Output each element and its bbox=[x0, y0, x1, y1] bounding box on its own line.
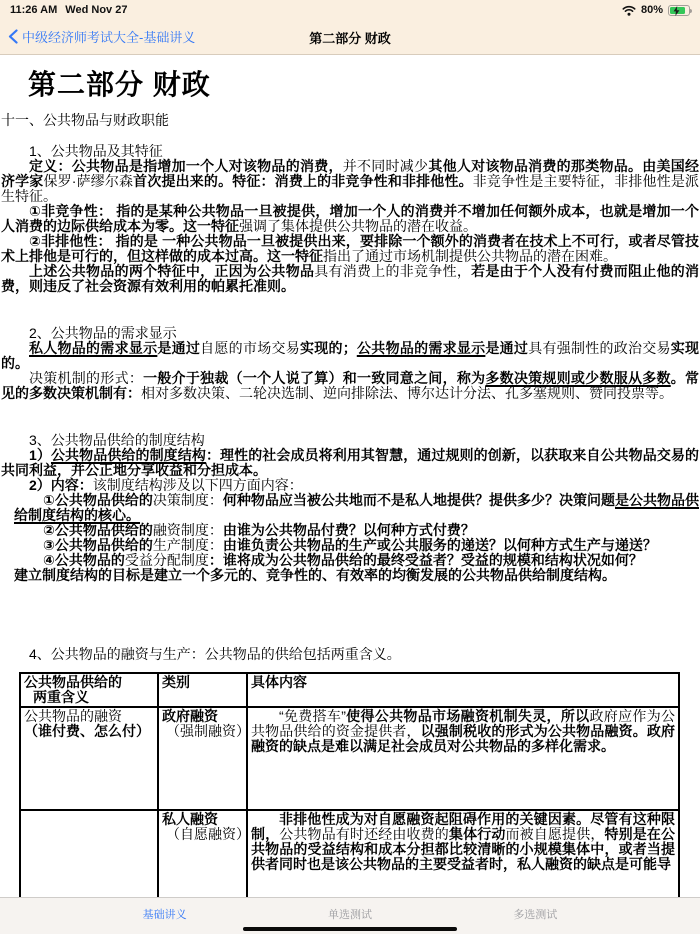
doc-paragraph-item-3: ③公共物品供给的生产制度：由谁负责公共物品的生产或公共服务的递送？以何种方式生产… bbox=[14, 538, 699, 553]
page-header-title: 第二部分 财政 bbox=[0, 28, 700, 47]
spacer bbox=[1, 128, 699, 144]
doc-paragraph-goal: 建立制度结构的目标是建立一个多元的、竞争性的、有效率的均衡发展的公共物品供给制度… bbox=[14, 568, 699, 583]
subsection-heading-2: 2、公共物品的需求显示 bbox=[1, 326, 699, 341]
table-row-private-financing: 私人融资 （自愿融资） 非排他性成为对自愿融资起阻碍作用的关键因素。尽管有这种限… bbox=[20, 810, 679, 897]
tab-basic-lecture[interactable]: 基础讲义 bbox=[72, 906, 257, 922]
subsection-heading-1: 1、公共物品及其特征 bbox=[1, 144, 699, 159]
subsection-heading-3: 3、公共物品供给的制度结构 bbox=[1, 433, 699, 448]
table-cell-detail: “免费搭车”使得公共物品市场融资机制失灵，所以政府应作为公共物品供给的资金提供者… bbox=[247, 707, 679, 810]
doc-paragraph-feature-3: 上述公共物品的两个特征中，正因为公共物品具有消费上的非竞争性，若是由于个人没有付… bbox=[1, 264, 699, 294]
doc-paragraph-decision: 决策机制的形式：一般介于独裁（一个人说了算）和一致同意之间，称为多数决策规则或少… bbox=[1, 371, 699, 401]
table-cell-empty bbox=[20, 810, 158, 897]
document-title: 第二部分 财政 bbox=[28, 69, 699, 101]
doc-paragraph-item-4: ④公共物品的受益分配制度：谁将成为公共物品供给的最终受益者？受益的规模和结构状况… bbox=[14, 553, 699, 568]
table-header-row: 公共物品供给的 两重含义 类别 具体内容 bbox=[20, 673, 679, 707]
doc-paragraph-item-1: ①公共物品供给的决策制度：何种物品应当被公共地而不是私人地提供？提供多少？决策问… bbox=[14, 493, 699, 523]
battery-icon bbox=[668, 5, 690, 16]
top-bar: 11:26 AM Wed Nov 27 80% bbox=[0, 0, 700, 55]
table-cell-detail: 非排他性成为对自愿融资起阻碍作用的关键因素。尽管有这种限制，公共物品有时还经由收… bbox=[247, 810, 679, 897]
battery-nub bbox=[690, 9, 692, 13]
table-header-detail: 具体内容 bbox=[247, 673, 679, 707]
home-indicator[interactable] bbox=[243, 927, 457, 931]
tab-multi-choice-test[interactable]: 多选测试 bbox=[443, 906, 628, 922]
doc-paragraph-demand: 私人物品的需求显示是通过自愿的市场交易实现的；公共物品的需求显示是通过具有强制性… bbox=[1, 341, 699, 371]
doc-paragraph-definition: 定义：公共物品是指增加一个人对该物品的消费，并不同时减少其他人对该物品消费的那类… bbox=[1, 159, 699, 204]
doc-paragraph-content: 2）内容：该制度结构涉及以下四方面内容： bbox=[1, 478, 699, 493]
status-date: Wed Nov 27 bbox=[65, 4, 127, 16]
table-header-meaning: 公共物品供给的 两重含义 bbox=[20, 673, 158, 707]
supply-table: 公共物品供给的 两重含义 类别 具体内容 公共物品的融资 （谁付费、怎么付） 政… bbox=[19, 672, 680, 897]
table-cell-category: 私人融资 （自愿融资） bbox=[158, 810, 247, 897]
table-row-government-financing: 公共物品的融资 （谁付费、怎么付） 政府融资 （强制融资） “免费搭车”使得公共… bbox=[20, 707, 679, 810]
table-header-category: 类别 bbox=[158, 673, 247, 707]
doc-paragraph-item-2: ②公共物品供给的融资制度：由谁为公共物品付费？以何种方式付费？ bbox=[14, 523, 699, 538]
spacer bbox=[1, 294, 699, 326]
doc-paragraph-feature-2: ②非排他性： 指的是 一种公共物品一旦被提供出来，要排除一个额外的消费者在技术上… bbox=[1, 234, 699, 264]
status-time: 11:26 AM bbox=[10, 4, 57, 16]
table-cell-category: 政府融资 （强制融资） bbox=[158, 707, 247, 810]
document-scroll-area[interactable]: 第二部分 财政 十一、公共物品与财政职能 1、公共物品及其特征 定义：公共物品是… bbox=[0, 55, 700, 897]
status-right: 80% bbox=[622, 4, 690, 16]
doc-paragraph-feature-1: ①非竞争性： 指的是某种公共物品一旦被提供，增加一个人的消费并不增加任何额外成本… bbox=[1, 204, 699, 234]
charging-bolt-icon bbox=[673, 6, 680, 16]
battery-percent-label: 80% bbox=[641, 4, 663, 16]
status-bar: 11:26 AM Wed Nov 27 80% bbox=[0, 0, 700, 20]
table-cell-row-label: 公共物品的融资 （谁付费、怎么付） bbox=[20, 707, 158, 810]
subsection-heading-4: 4、公共物品的融资与生产：公共物品的供给包括两重含义。 bbox=[1, 647, 699, 662]
nav-bar: 中级经济师考试大全-基础讲义 第二部分 财政 bbox=[0, 20, 700, 54]
section-heading: 十一、公共物品与财政职能 bbox=[1, 113, 699, 128]
doc-paragraph-institution: 1）公共物品供给的制度结构：理性的社会成员将利用其智慧，通过规则的创新，以获取来… bbox=[1, 448, 699, 478]
status-left: 11:26 AM Wed Nov 27 bbox=[10, 4, 127, 16]
screen: 11:26 AM Wed Nov 27 80% bbox=[0, 0, 700, 934]
wifi-icon bbox=[622, 5, 636, 16]
tab-single-choice-test[interactable]: 单选测试 bbox=[257, 906, 442, 922]
document-content: 第二部分 财政 十一、公共物品与财政职能 1、公共物品及其特征 定义：公共物品是… bbox=[0, 69, 700, 897]
spacer bbox=[1, 583, 699, 647]
spacer bbox=[1, 401, 699, 433]
